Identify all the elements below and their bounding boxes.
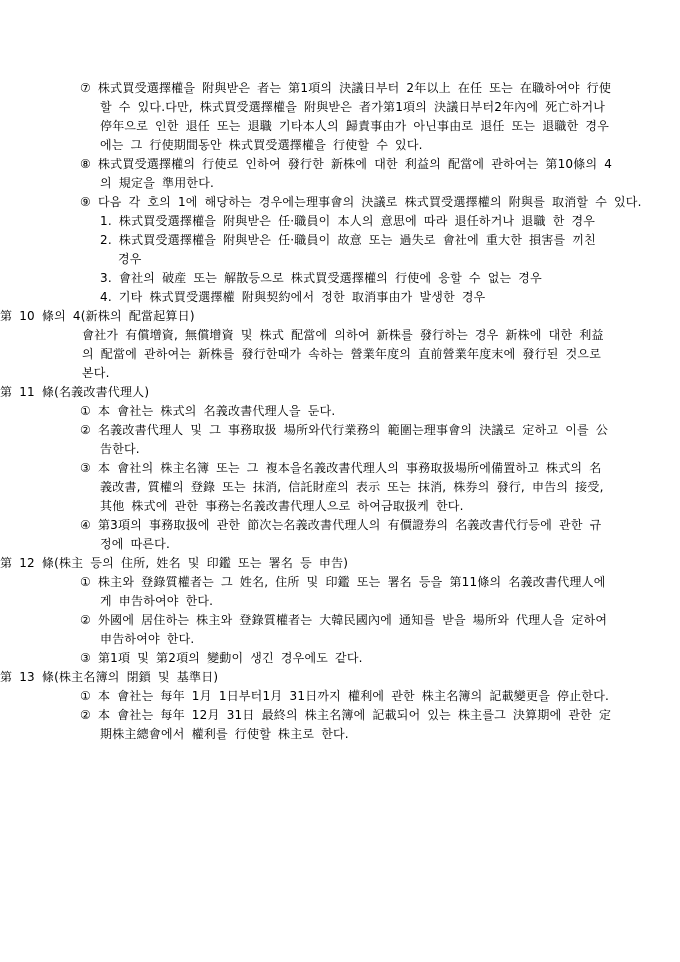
clause-7-line: 停年으로 인한 退任 또는 退職 기타本人의 歸責事由가 아닌事由로 退任 또는… <box>100 117 680 136</box>
clause-3-line: ③ 第1項 및 第2項의 變動이 생긴 경우에도 같다. <box>80 649 680 668</box>
subitem-3-line: 3. 會社의 破産 또는 解散등으로 株式買受選擇權의 行使에 응할 수 없는 … <box>100 269 680 288</box>
clause-1-line: 게 申告하여야 한다. <box>100 592 680 611</box>
clause-2-line: 告한다. <box>100 440 680 459</box>
clause-3-line: 義改書, 質權의 登錄 또는 抹消, 信託財産의 表示 또는 抹消, 株券의 發… <box>100 478 680 497</box>
article-12-section: 第 12 條(株主 등의 住所, 姓名 및 印鑑 또는 署名 등 申告) ① 株… <box>0 554 680 668</box>
article-11-heading: 第 11 條(名義改書代理人) <box>0 383 680 402</box>
clause-7-line: 할 수 있다.다만, 株式買受選擇權을 附與받은 者가第1項의 決議日부터2年內… <box>100 98 680 117</box>
clause-2-line: 申告하여야 한다. <box>100 630 680 649</box>
clause-1-line: ① 本 會社는 株式의 名義改書代理人을 둔다. <box>80 402 680 421</box>
clause-4-line: ④ 第3項의 事務取扱에 관한 節次는名義改書代理人의 有價證券의 名義改書代行… <box>80 516 680 535</box>
subitem-2-line: 2. 株式買受選擇權을 附與받은 任·職員이 故意 또는 過失로 會社에 重大한… <box>100 231 680 250</box>
clause-1-line: ① 本 會社는 每年 1月 1日부터1月 31日까지 權利에 관한 株主名簿의 … <box>80 687 680 706</box>
subitem-2-line: 경우 <box>118 250 680 269</box>
clause-2-line: ② 本 會社는 每年 12月 31日 最終의 株主名簿에 記載되어 있는 株主를… <box>80 706 680 725</box>
article-13-heading: 第 13 條(株主名簿의 閉鎖 및 基準日) <box>0 668 680 687</box>
clause-3-line: ③ 本 會社의 株主名簿 또는 그 複本을名義改書代理人의 事務取扱場所에備置하… <box>80 459 680 478</box>
clause-2-line: 期株主總會에서 權利를 行使할 株主로 한다. <box>100 725 680 744</box>
subitem-4-line: 4. 기타 株式買受選擇權 附與契約에서 정한 取消事由가 발생한 경우 <box>100 288 680 307</box>
article-10-3-continuation-section: ⑦ 株式買受選擇權을 附與받은 者는 第1項의 決議日부터 2年以上 在任 또는… <box>0 79 680 307</box>
article-10-4-body-line: 의 配當에 관하여는 新株를 發行한때가 속하는 營業年度의 直前營業年度末에 … <box>82 345 680 364</box>
article-12-heading: 第 12 條(株主 등의 住所, 姓名 및 印鑑 또는 署名 등 申告) <box>0 554 680 573</box>
article-13-section: 第 13 條(株主名簿의 閉鎖 및 基準日) ① 本 會社는 每年 1月 1日부… <box>0 668 680 744</box>
article-10-4-body-line: 본다. <box>82 364 680 383</box>
clause-7-line: ⑦ 株式買受選擇權을 附與받은 者는 第1項의 決議日부터 2年以上 在任 또는… <box>80 79 680 98</box>
article-11-section: 第 11 條(名義改書代理人) ① 本 會社는 株式의 名義改書代理人을 둔다.… <box>0 383 680 554</box>
document-page: ⑦ 株式買受選擇權을 附與받은 者는 第1項의 決議日부터 2年以上 在任 또는… <box>0 0 680 962</box>
subitem-1-line: 1. 株式買受選擇權을 附與받은 任·職員이 本人의 意思에 따라 退任하거나 … <box>100 212 680 231</box>
clause-1-line: ① 株主와 登錄質權者는 그 姓名, 住所 및 印鑑 또는 署名 등을 第11條… <box>80 573 680 592</box>
article-10-4-body-line: 會社가 有償增資, 無償增資 및 株式 配當에 의하여 新株를 發行하는 경우 … <box>82 326 680 345</box>
clause-8-line: ⑧ 株式買受選擇權의 行使로 인하여 發行한 新株에 대한 利益의 配當에 관하… <box>80 155 680 174</box>
clause-2-line: ② 外國에 居住하는 株主와 登錄質權者는 大韓民國內에 通知를 받을 場所와 … <box>80 611 680 630</box>
clause-7-line: 에는 그 行使期間동안 株式買受選擇權을 行使할 수 있다. <box>100 136 680 155</box>
clause-4-line: 정에 따른다. <box>100 535 680 554</box>
clause-3-line: 其他 株式에 관한 事務는名義改書代理人으로 하여금取扱케 한다. <box>100 497 680 516</box>
clause-9-line: ⑨ 다음 각 호의 1에 해당하는 경우에는理事會의 決議로 株式買受選擇權의 … <box>80 193 680 212</box>
clause-8-line: 의 規定을 準用한다. <box>100 174 680 193</box>
clause-2-line: ② 名義改書代理人 및 그 事務取扱 場所와代行業務의 範圍는理事會의 決議로 … <box>80 421 680 440</box>
article-10-4-heading: 第 10 條의 4(新株의 配當起算日) <box>0 307 680 326</box>
article-10-4-section: 第 10 條의 4(新株의 配當起算日) 會社가 有償增資, 無償增資 및 株式… <box>0 307 680 383</box>
